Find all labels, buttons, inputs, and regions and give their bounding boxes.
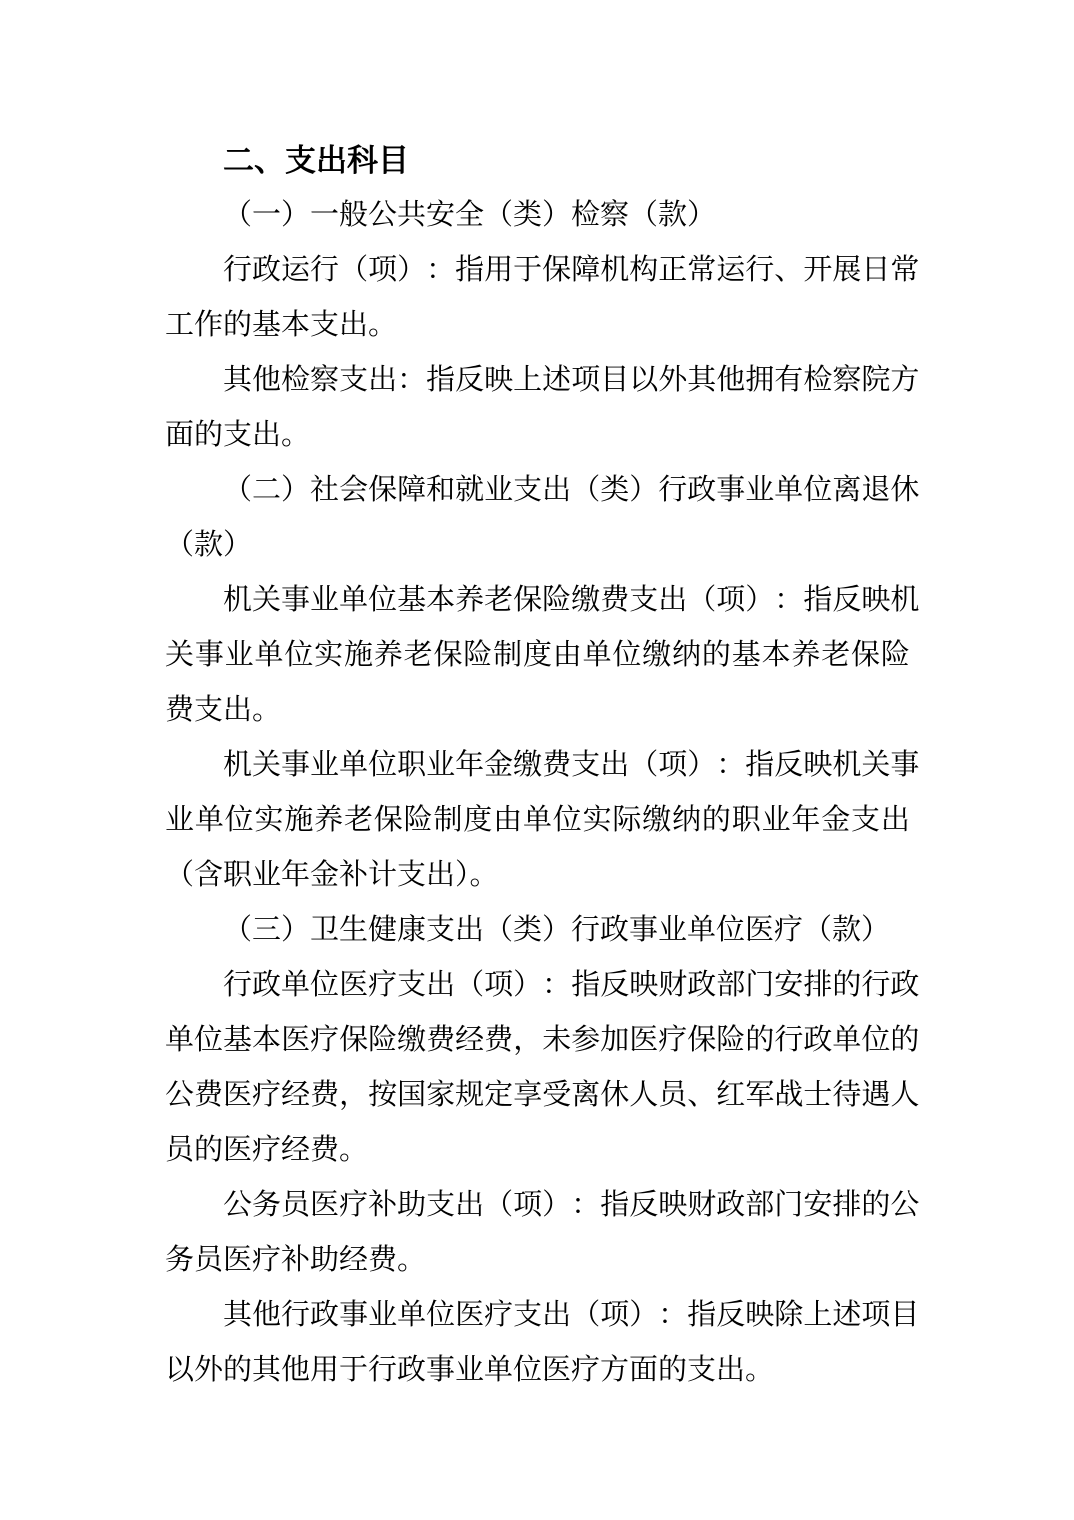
paragraph-line: （款） xyxy=(165,518,910,573)
paragraph-line: 行政运行（项）：指用于保障机构正常运行、开展日常 xyxy=(165,243,910,298)
paragraph-line: 单位基本医疗保险缴费经费，未参加医疗保险的行政单位的 xyxy=(165,1013,910,1068)
paragraph-line: 公费医疗经费，按国家规定享受离休人员、红军战士待遇人 xyxy=(165,1068,910,1123)
paragraph-line: 面的支出。 xyxy=(165,408,910,463)
paragraph-line: 费支出。 xyxy=(165,683,910,738)
paragraph-line: 其他检察支出：指反映上述项目以外其他拥有检察院方 xyxy=(165,353,910,408)
paragraph: 其他行政事业单位医疗支出（项）：指反映除上述项目 以外的其他用于行政事业单位医疗… xyxy=(165,1288,910,1398)
paragraph: 行政单位医疗支出（项）：指反映财政部门安排的行政 单位基本医疗保险缴费经费，未参… xyxy=(165,958,910,1178)
paragraph: 行政运行（项）：指用于保障机构正常运行、开展日常 工作的基本支出。 xyxy=(165,243,910,353)
paragraph: 机关事业单位职业年金缴费支出（项）：指反映机关事 业单位实施养老保险制度由单位实… xyxy=(165,738,910,903)
paragraph-line: （二）社会保障和就业支出（类）行政事业单位离退休 xyxy=(165,463,910,518)
paragraph-line: 以外的其他用于行政事业单位医疗方面的支出。 xyxy=(165,1343,910,1398)
paragraph-line: （三）卫生健康支出（类）行政事业单位医疗（款） xyxy=(165,903,910,958)
paragraph: 其他检察支出：指反映上述项目以外其他拥有检察院方 面的支出。 xyxy=(165,353,910,463)
paragraph: 公务员医疗补助支出（项）：指反映财政部门安排的公 务员医疗补助经费。 xyxy=(165,1178,910,1288)
paragraph: （三）卫生健康支出（类）行政事业单位医疗（款） xyxy=(165,903,910,958)
paragraph-line: 行政单位医疗支出（项）：指反映财政部门安排的行政 xyxy=(165,958,910,1013)
paragraph-line: 关事业单位实施养老保险制度由单位缴纳的基本养老保险 xyxy=(165,628,910,683)
paragraph-line: 机关事业单位职业年金缴费支出（项）：指反映机关事 xyxy=(165,738,910,793)
paragraph: 机关事业单位基本养老保险缴费支出（项）：指反映机 关事业单位实施养老保险制度由单… xyxy=(165,573,910,738)
paragraph-line: （含职业年金补计支出）。 xyxy=(165,848,910,903)
paragraph: （二）社会保障和就业支出（类）行政事业单位离退休 （款） xyxy=(165,463,910,573)
paragraph-line: （一）一般公共安全（类）检察（款） xyxy=(165,188,910,243)
document-page: 二、支出科目 （一）一般公共安全（类）检察（款） 行政运行（项）：指用于保障机构… xyxy=(0,0,1074,1520)
paragraph-line: 务员医疗补助经费。 xyxy=(165,1233,910,1288)
section-heading: 二、支出科目 xyxy=(165,133,910,188)
paragraph: （一）一般公共安全（类）检察（款） xyxy=(165,188,910,243)
paragraph-line: 工作的基本支出。 xyxy=(165,298,910,353)
paragraph-line: 公务员医疗补助支出（项）：指反映财政部门安排的公 xyxy=(165,1178,910,1233)
paragraph-line: 其他行政事业单位医疗支出（项）：指反映除上述项目 xyxy=(165,1288,910,1343)
paragraph-line: 员的医疗经费。 xyxy=(165,1123,910,1178)
paragraph-line: 业单位实施养老保险制度由单位实际缴纳的职业年金支出 xyxy=(165,793,910,848)
paragraph-line: 机关事业单位基本养老保险缴费支出（项）：指反映机 xyxy=(165,573,910,628)
